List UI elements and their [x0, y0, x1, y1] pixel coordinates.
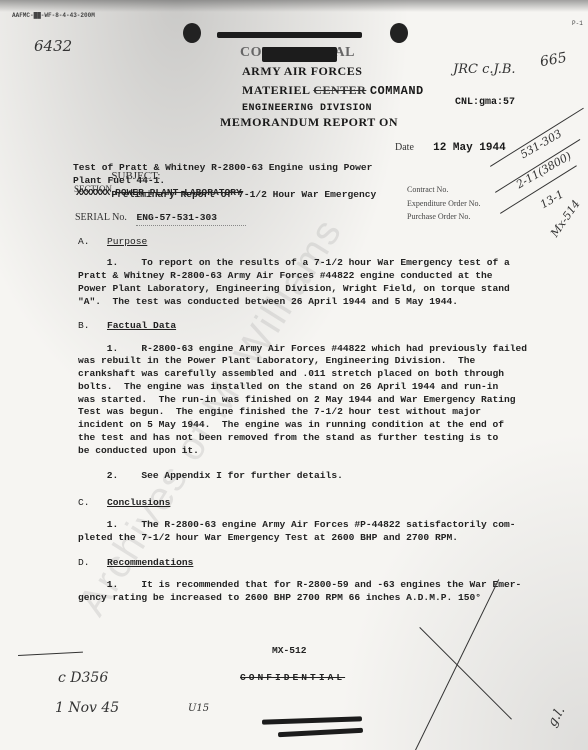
- pen-line: [18, 652, 83, 656]
- date-label: Date: [395, 142, 414, 153]
- factual-line: bolts. The engine was installed on the s…: [78, 381, 498, 394]
- file-code: CNL:gma:57: [455, 97, 515, 108]
- recommendations-line: gency rating be increased to 2600 BHP 27…: [78, 592, 481, 605]
- handwritten-initials-bottom: g.l.: [545, 704, 568, 729]
- org-line4: MEMORANDUM REPORT ON: [220, 115, 398, 130]
- redaction-bar: [262, 716, 362, 724]
- margin-note-3: 13-1: [538, 188, 566, 212]
- form-code: AAFMC-██-WF-8-4-43-200M: [12, 12, 95, 19]
- purpose-line: 1. To report on the results of a 7-1/2 h…: [78, 257, 510, 270]
- factual-line: Test was begun. The engine finished the …: [78, 406, 481, 419]
- serial-label: SERIAL No.: [75, 212, 127, 223]
- factual-line: crankshaft was carefully assembled and .…: [78, 368, 504, 381]
- punch-hole-left: [183, 23, 201, 43]
- handwritten-mark: U15: [188, 703, 209, 714]
- section-a-letter: A.: [78, 236, 90, 249]
- section-a-title: Purpose: [107, 236, 147, 249]
- section-value: XXXXXXX POWER PLANT LABORATORY: [76, 187, 242, 200]
- contract-label: Contract No.: [407, 185, 448, 194]
- handwritten-initials: JRC c.J.B.: [453, 62, 516, 77]
- subject-line-2: Test of Pratt & Whitney R-2800-63 Engine…: [73, 162, 372, 175]
- factual-line: incident on 5 May 1944. The engine was i…: [78, 419, 504, 432]
- page-marker: P-1: [572, 20, 583, 27]
- factual-line: 1. R-2800-63 engine Army Air Forces #448…: [78, 343, 527, 356]
- section-d-title: Recommendations: [107, 557, 193, 570]
- conclusions-line: pleted the 7-1/2 hour War Emergency Test…: [78, 532, 458, 545]
- date-row: Date 12 May 1944: [395, 137, 506, 155]
- recommendations-line: 1. It is recommended that for R-2800-59 …: [78, 579, 521, 592]
- pen-cross-stroke: [419, 627, 512, 720]
- section-b-letter: B.: [78, 320, 90, 333]
- handwritten-number-left: 6432: [34, 37, 72, 55]
- serial-value: ENG-57-531-303: [136, 212, 246, 226]
- section-c-letter: C.: [78, 497, 90, 510]
- project-code: MX-512: [272, 645, 307, 658]
- classification-bottom: CONFIDENTIAL: [240, 672, 345, 685]
- factual-line: the test and has not been removed from t…: [78, 432, 498, 445]
- org-materiel: MATERIEL: [242, 83, 310, 97]
- section-value-text: POWER PLANT LABORATORY: [115, 187, 242, 198]
- factual-line: was started. The run-in was finished on …: [78, 394, 516, 407]
- section-d-letter: D.: [78, 557, 90, 570]
- handwritten-code: c D356: [58, 670, 108, 686]
- handwritten-date: 1 Nov 45: [55, 700, 119, 716]
- handwritten-number-right: 665: [539, 50, 568, 70]
- purpose-line: Pratt & Whitney R-2800-63 Army Air Force…: [78, 270, 493, 283]
- section-b-title: Factual Data: [107, 320, 176, 333]
- purpose-line: Power Plant Laboratory, Engineering Divi…: [78, 283, 510, 296]
- scan-shadow: [0, 0, 588, 12]
- date-value: 12 May 1944: [433, 142, 506, 154]
- factual-line-2: 2. See Appendix I for further details.: [78, 470, 343, 483]
- org-line2: MATERIEL CENTER COMMAND: [242, 83, 424, 98]
- conclusions-line: 1. The R-2800-63 engine Army Air Forces …: [78, 519, 516, 532]
- purchase-label: Purchase Order No.: [407, 212, 470, 221]
- redaction-bar: [217, 32, 362, 38]
- org-line3: ENGINEERING DIVISION: [242, 103, 372, 114]
- redaction-bar: [278, 728, 363, 737]
- redaction-over-classification: [262, 47, 337, 62]
- factual-line: was rebuilt in the Power Plant Laborator…: [78, 355, 475, 368]
- org-command: COMMAND: [370, 84, 424, 98]
- purpose-line: "A". The test was conducted between 26 A…: [78, 296, 458, 309]
- expenditure-label: Expenditure Order No.: [407, 199, 481, 208]
- factual-line: be conducted upon it.: [78, 445, 199, 458]
- org-line1: ARMY AIR FORCES: [242, 64, 362, 79]
- org-struck-word: CENTER: [313, 83, 366, 97]
- punch-hole-right: [390, 23, 408, 43]
- serial-row: SERIAL No. ENG-57-531-303: [75, 207, 246, 226]
- document-page: Archives of M. Williams AAFMC-██-WF-8-4-…: [0, 0, 588, 750]
- section-c-title: Conclusions: [107, 497, 170, 510]
